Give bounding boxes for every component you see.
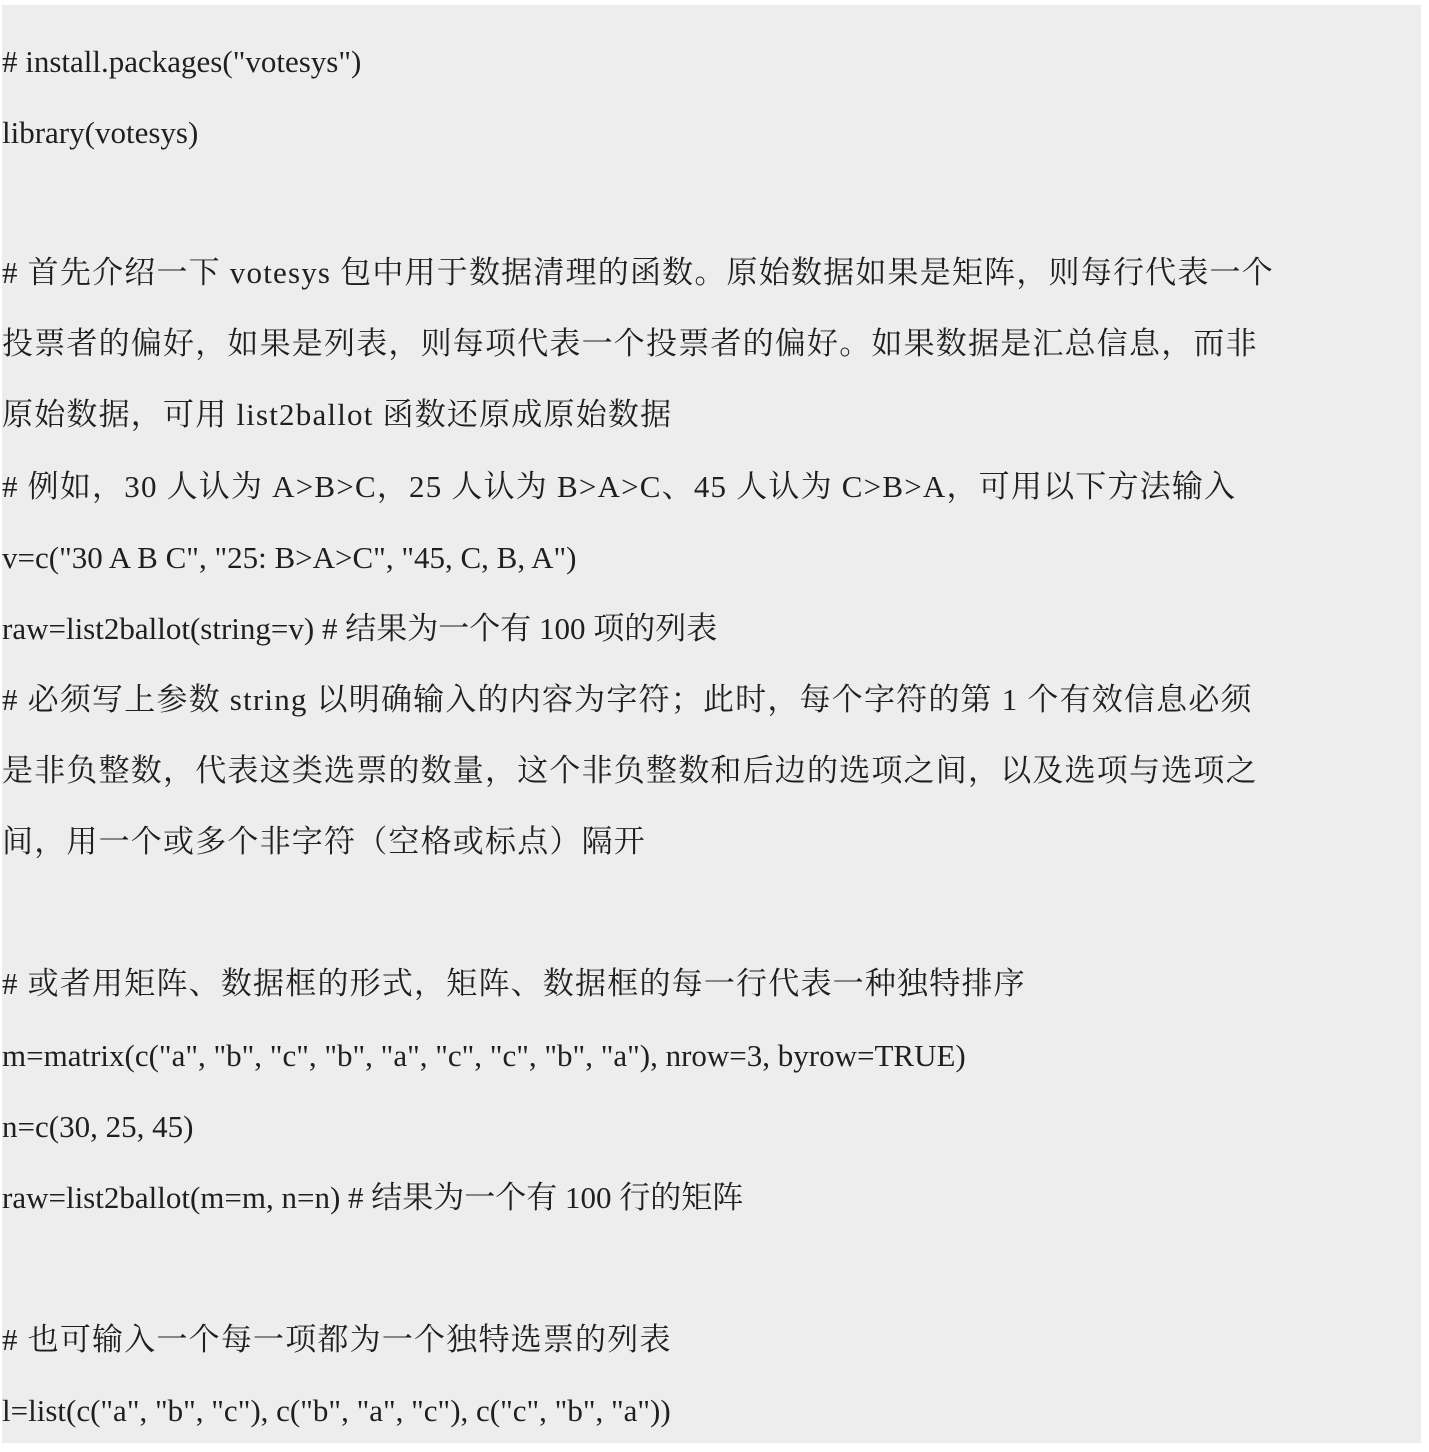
code-block: # install.packages("votesys") library(vo…	[2, 5, 1421, 1443]
code-line-l-assign: l=list(c("a", "b", "c"), c("b", "a", "c"…	[2, 1391, 671, 1431]
code-line-n-assign: n=c(30, 25, 45)	[2, 1107, 193, 1147]
code-line-comment-string-3: 间，用一个或多个非字符（空格或标点）隔开	[2, 822, 646, 862]
code-line-comment-intro-1: # 首先介绍一下 votesys 包中用于数据清理的函数。原始数据如果是矩阵，则…	[2, 253, 1274, 293]
code-line-comment-intro-2: 投票者的偏好，如果是列表，则每项代表一个投票者的偏好。如果数据是汇总信息，而非	[2, 324, 1258, 364]
code-line-comment-matrix: # 或者用矩阵、数据框的形式，矩阵、数据框的每一行代表一种独特排序	[2, 964, 1026, 1004]
code-line-comment-string-2: 是非负整数，代表这类选票的数量，这个非负整数和后边的选项之间，以及选项与选项之	[2, 751, 1258, 791]
code-line-install-comment: # install.packages("votesys")	[2, 42, 361, 82]
code-line-m-assign: m=matrix(c("a", "b", "c", "b", "a", "c",…	[2, 1036, 966, 1076]
code-line-raw-matrix: raw=list2ballot(m=m, n=n) # 结果为一个有 100 行…	[2, 1178, 743, 1218]
code-line-comment-string-1: # 必须写上参数 string 以明确输入的内容为字符；此时，每个字符的第 1 …	[2, 680, 1253, 720]
code-line-v-assign: v=c("30 A B C", "25: B>A>C", "45, C, B, …	[2, 538, 576, 578]
code-line-comment-intro-3: 原始数据，可用 list2ballot 函数还原成原始数据	[2, 395, 672, 435]
code-line-comment-example: # 例如，30 人认为 A>B>C，25 人认为 B>A>C、45 人认为 C>…	[2, 467, 1236, 507]
code-line-library: library(votesys)	[2, 113, 198, 153]
code-line-comment-list: # 也可输入一个每一项都为一个独特选票的列表	[2, 1320, 672, 1360]
code-line-raw-string: raw=list2ballot(string=v) # 结果为一个有 100 项…	[2, 609, 717, 649]
